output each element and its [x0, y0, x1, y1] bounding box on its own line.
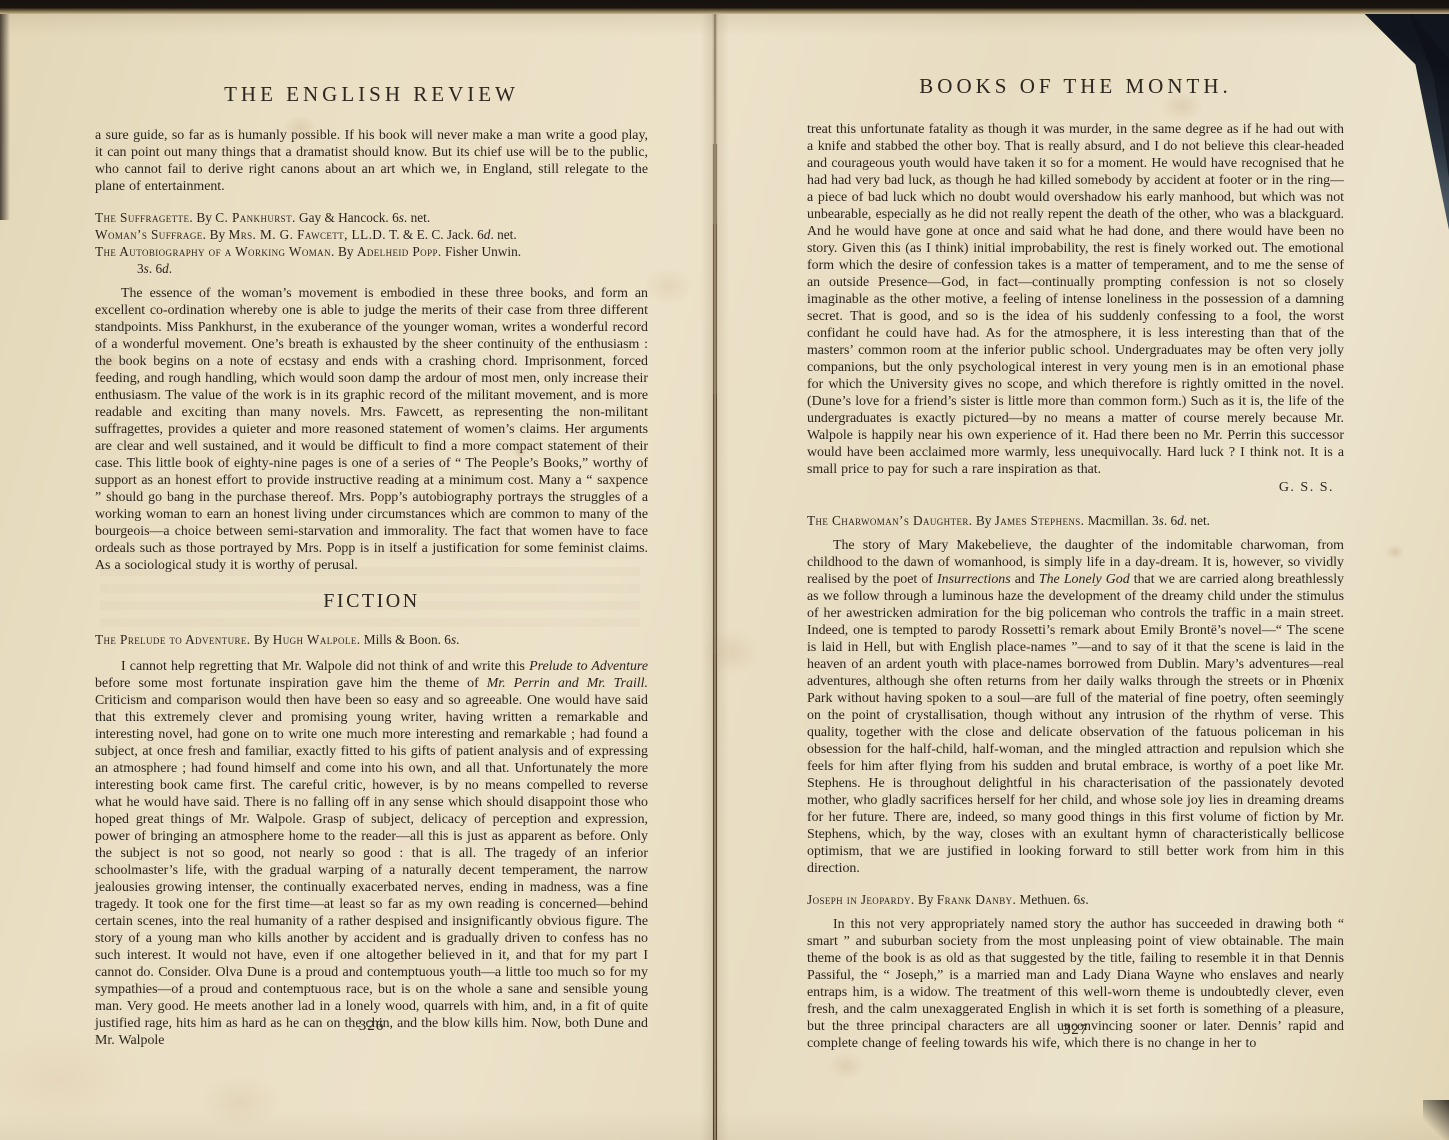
charwoman-review-heading: The Charwoman’s Daughter. By James Steph…	[807, 512, 1344, 529]
book-spread: THE ENGLISH REVIEW a sure guide, so far …	[0, 10, 1449, 1140]
book-top-edge	[0, 0, 1449, 14]
left-page-header: THE ENGLISH REVIEW	[95, 82, 648, 107]
left-page-number: 326	[95, 1018, 648, 1035]
fiction-section-heading: FICTION	[95, 590, 648, 613]
prelude-review-heading: The Prelude to Adventure. By Hugh Walpol…	[95, 631, 648, 648]
right-page-number: 327	[807, 1022, 1344, 1039]
right-page: BOOKS OF THE MONTH. treat this unfortuna…	[715, 10, 1449, 1140]
joseph-review-heading: Joseph in Jeopardy. By Frank Danby. Meth…	[807, 891, 1344, 908]
listing-entry-autobiography: The Autobiography of a Working Woman. By…	[95, 243, 648, 260]
listing-entry-womans-suffrage: Woman’s Suffrage. By Mrs. M. G. Fawcett,…	[95, 226, 648, 243]
scan-background-left-edge	[0, 0, 10, 220]
left-page: THE ENGLISH REVIEW a sure guide, so far …	[0, 10, 715, 1140]
charwoman-review-paragraph: The story of Mary Makebelieve, the daugh…	[807, 537, 1344, 877]
essence-review-paragraph: The essence of the woman’s movement is e…	[95, 285, 648, 574]
listing-entry-suffragette: The Suffragette. By C. Pankhurst. Gay & …	[95, 209, 648, 226]
scan-background-bottom-corner	[1423, 1100, 1449, 1140]
right-page-header: BOOKS OF THE MONTH.	[807, 74, 1344, 99]
intro-paragraph: a sure guide, so far as is humanly possi…	[95, 127, 648, 195]
prelude-review-paragraph: I cannot help regretting that Mr. Walpol…	[95, 658, 648, 1049]
listing-entry-autobiography-price: 3s. 6d.	[137, 260, 648, 277]
continuation-paragraph: treat this unfortunate fatality as thoug…	[807, 121, 1344, 478]
book-scan: THE ENGLISH REVIEW a sure guide, so far …	[0, 0, 1449, 1140]
reviewer-signature: G. S. S.	[807, 480, 1344, 496]
book-listing: The Suffragette. By C. Pankhurst. Gay & …	[95, 209, 648, 277]
